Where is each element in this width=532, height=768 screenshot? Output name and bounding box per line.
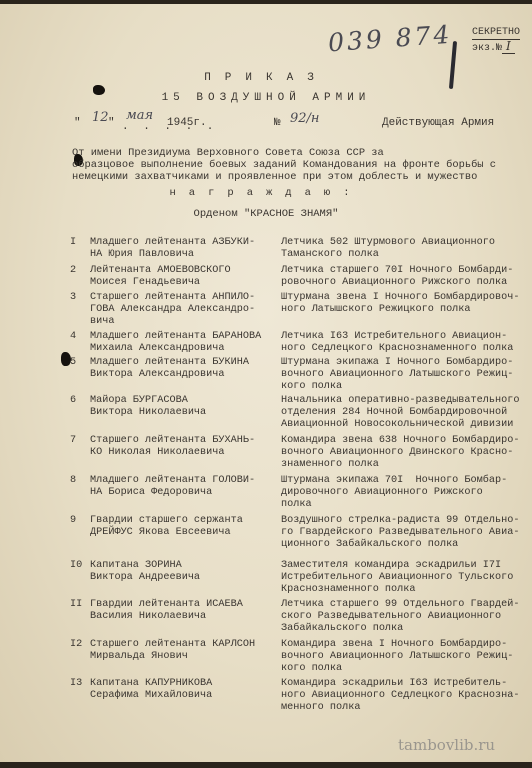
order-number: 92/н — [290, 111, 320, 126]
date-day: 12 — [92, 110, 109, 125]
awardee-number: 3 — [70, 292, 90, 304]
awardee-name: Майора БУРГАСОВА Виктора Николаевича — [90, 395, 280, 419]
order-number-label: № — [274, 117, 281, 129]
awardee-number: 2 — [70, 265, 90, 277]
awardee-number: I — [70, 237, 90, 249]
preamble-text: От имени Президиума Верховного Совета Со… — [72, 147, 496, 183]
date-open-quote: " — [74, 117, 81, 129]
awardee-name: Младшего лейтенанта ГОЛОВИ- НА Бориса Фе… — [90, 475, 280, 499]
awardee-number: 8 — [70, 475, 90, 487]
awardee-name: Гвардии старшего сержанта ДРЕЙФУС Якова … — [90, 515, 280, 539]
awardee-name: Старшего лейтенанта АНПИЛО- ГОВА Алексан… — [90, 292, 280, 328]
awardee-position: Командира звена 638 Ночного Бомбардиро- … — [281, 435, 532, 471]
awardee-name: Гвардии лейтенанта ИСАЕВА Василия Никола… — [90, 599, 280, 623]
awardee-number: II — [70, 599, 90, 611]
awardee-position: Воздушного стрелка-радиста 99 Отдельно- … — [281, 515, 532, 551]
awardee-position: Летчика старшего 99 Отдельного Гвардей- … — [281, 599, 532, 635]
awardee-name: Капитана КАПУРНИКОВА Серафима Михайлович… — [90, 678, 280, 702]
awardee-position: Летчика I63 Истребительного Авиацион- но… — [281, 331, 532, 355]
awardee-name: Младшего лейтенанта БАРАНОВА Михаила Але… — [90, 331, 280, 355]
awardee-position: Заместителя командира эскадрильи I7I Ист… — [281, 560, 532, 596]
document-page: 039 874 СЕКРЕТНО экз.№I ПРИКАЗ 15 ВОЗДУШ… — [0, 4, 532, 762]
awardee-number: I3 — [70, 678, 90, 690]
copy-number: I — [502, 39, 515, 54]
awardee-position: Штурмана звена I Ночного Бомбардировоч- … — [281, 292, 532, 316]
copy-number-line: экз.№I — [472, 41, 520, 54]
awardee-position: Летчика 502 Штурмового Авиационного Тама… — [281, 237, 532, 261]
awardee-number: I2 — [70, 639, 90, 651]
awardee-name: Капитана ЗОРИНА Виктора Андреевича — [90, 560, 280, 584]
awardee-name: Лейтенанта АМОЕВОВСКОГО Моисея Генадьеви… — [90, 265, 280, 289]
awardee-number: 9 — [70, 515, 90, 527]
awardee-name: Младшего лейтенанта АЗБУКИ- НА Юрия Павл… — [90, 237, 280, 261]
awardee-position: Командира звена I Ночного Бомбардиро- во… — [281, 639, 532, 675]
awardee-position: Начальника оперативно-разведывательного … — [281, 395, 532, 431]
document-title: ПРИКАЗ — [0, 72, 532, 84]
awardee-name: Младшего лейтенанта БУКИНА Виктора Алекс… — [90, 357, 280, 381]
watermark: tambovlib.ru — [398, 736, 495, 754]
date-year: 1945г. — [167, 117, 207, 129]
document-subtitle: 15 ВОЗДУШНОЙ АРМИИ — [0, 92, 532, 104]
awardee-number: 7 — [70, 435, 90, 447]
awardee-position: Штурмана экипажа 70I Ночного Бомбар- дир… — [281, 475, 532, 511]
award-name: Орденом "КРАСНОЕ ЗНАМЯ" — [0, 208, 532, 220]
awardee-number: 5 — [70, 357, 90, 369]
awardee-number: 4 — [70, 331, 90, 343]
awardee-number: 6 — [70, 395, 90, 407]
awardee-position: Летчика старшего 70I Ночного Бомбарди- р… — [281, 265, 532, 289]
awardee-number: I0 — [70, 560, 90, 572]
date-close-quote: " — [108, 117, 115, 129]
awardee-name: Старшего лейтенанта КАРЛСОН Мирвальда Ян… — [90, 639, 280, 663]
awarded-heading: награждаю: — [0, 187, 532, 199]
awardee-position: Командира эскадрильи I63 Истребитель- но… — [281, 678, 532, 714]
awardee-name: Старшего лейтенанта БУХАНЬ- КО Николая Н… — [90, 435, 280, 459]
copy-label: экз.№ — [472, 43, 502, 54]
awardee-position: Штурмана экипажа I Ночного Бомбардиро- в… — [281, 357, 532, 393]
location: Действующая Армия — [382, 117, 494, 129]
classification-stamp: СЕКРЕТНО экз.№I — [472, 27, 520, 54]
archive-number: 039 874 — [327, 20, 453, 58]
